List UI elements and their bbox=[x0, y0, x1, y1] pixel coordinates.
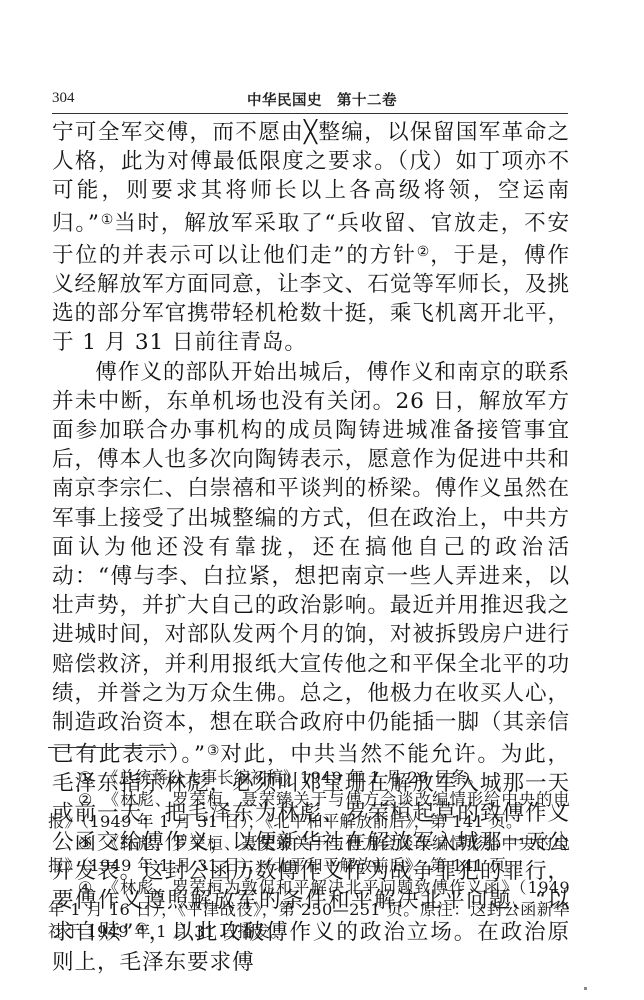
paragraph-1: 宁可全军交傅，而不愿由╳整编，以保留国军革命之人格，此为对傅最低限度之要求。（戊… bbox=[52, 118, 570, 358]
footnote-separator bbox=[48, 747, 176, 748]
footnote-ref-2[interactable]: ② bbox=[417, 244, 431, 260]
paragraph-text: 傅作义的部队开始出城后，傅作义和南京的联系并未中断，东单机场也没有关闭。26 日… bbox=[52, 360, 570, 768]
footnote-text: 《林彪、罗荣桓、聂荣臻关于与傅方会谈改编情形给中央的电报》（1949 年 1 月… bbox=[48, 834, 570, 875]
footnote-1: ①《总统蒋公大事长编初稿》1949 年 1 月 26 日条。 bbox=[48, 767, 570, 789]
footnote-number: ④ bbox=[78, 877, 102, 899]
footnote-2: ②《林彪、罗荣桓、聂荣臻关于与傅方会谈改编情形给中央的电报》（1949 年 1 … bbox=[48, 789, 570, 833]
page-header: 304 中华民国史 第十二卷 bbox=[52, 88, 568, 114]
footnote-text: 《林彪、罗荣桓、聂荣臻关于与傅方会谈改编情形给中央的电报》（1949 年 1 月… bbox=[48, 790, 570, 831]
footnote-number: ② bbox=[78, 789, 102, 811]
footnote-ref-3[interactable]: ③ bbox=[206, 743, 220, 759]
footnote-number: ① bbox=[78, 767, 102, 789]
scan-speck bbox=[584, 987, 587, 990]
book-page: 304 中华民国史 第十二卷 宁可全军交傅，而不愿由╳整编，以保留国军革命之人格… bbox=[0, 0, 644, 1000]
running-title: 中华民国史 第十二卷 bbox=[247, 89, 397, 110]
footnotes: ①《总统蒋公大事长编初稿》1949 年 1 月 26 日条。 ②《林彪、罗荣桓、… bbox=[48, 767, 570, 943]
footnote-number: ③ bbox=[78, 833, 102, 855]
footnote-text: 《林彪、罗荣桓为敦促和平解决北平问题致傅作义函》（1949 年 1 月 16 日… bbox=[48, 878, 570, 941]
page-number: 304 bbox=[52, 90, 75, 107]
footnote-text: 《总统蒋公大事长编初稿》1949 年 1 月 26 日条。 bbox=[102, 768, 484, 787]
footnote-3: ③《林彪、罗荣桓、聂荣臻关于与傅方会谈改编情形给中央的电报》（1949 年 1 … bbox=[48, 833, 570, 877]
footnote-4: ④《林彪、罗荣桓为敦促和平解决北平问题致傅作义函》（1949 年 1 月 16 … bbox=[48, 877, 570, 943]
header-rule bbox=[52, 113, 568, 114]
footnote-ref-1[interactable]: ① bbox=[100, 212, 114, 228]
